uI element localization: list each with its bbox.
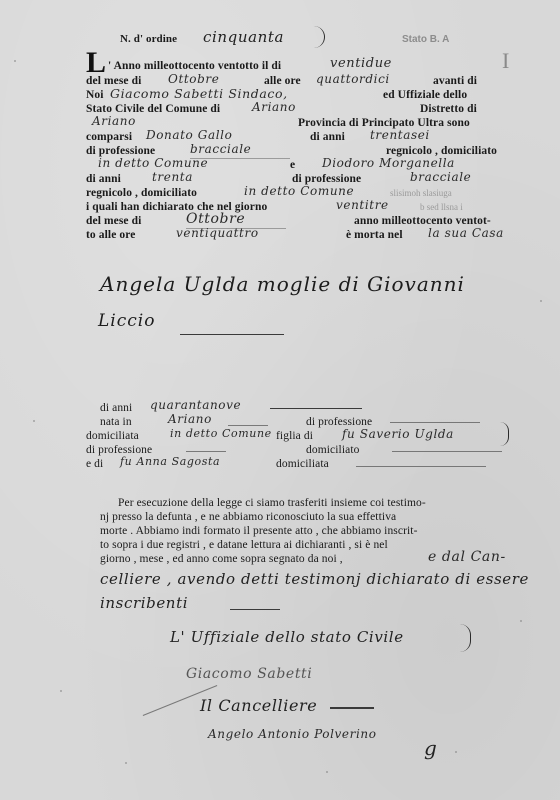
paper-speck: [455, 751, 457, 753]
commune-name: Ariano: [252, 100, 296, 114]
intro-line4-b: Distretto di: [420, 103, 477, 115]
hour-label: to alle ore: [86, 229, 135, 241]
officer-title: L' Uffiziale dello stato Civile: [170, 628, 404, 646]
father-domicile-rule: [392, 451, 502, 452]
intro-line2-c: avanti di: [433, 75, 477, 87]
closing-hand-line5: e dal Can-: [428, 549, 506, 565]
deceased-name-line2: Liccio: [98, 311, 155, 331]
witness2-name: Diodoro Morganella: [322, 156, 455, 170]
deceased-domicile: in detto Comune: [170, 427, 272, 440]
witness2-regnicolo-label: regnicolo , domiciliato: [86, 187, 197, 199]
bleed-through-mark: I: [502, 48, 509, 74]
paper-speck: [60, 690, 62, 692]
closing-line5: giorno , mese , ed anno come sopra segna…: [100, 553, 343, 565]
deceased-name-rule: [180, 334, 284, 335]
father-name: fu Saverio Uglda: [342, 427, 454, 441]
bleed-through-text: slisimoh slasiuga: [390, 188, 452, 198]
comparsi-label: comparsi: [86, 131, 132, 143]
order-number-label: N. d' ordine: [120, 33, 177, 45]
closing-line4: to sopra i due registri , e datane lettu…: [100, 539, 388, 551]
closing-line2: nj presso la defunta , e ne abbiamo rico…: [100, 511, 396, 523]
daughter-label: figlia di: [276, 430, 313, 442]
paper-speck: [520, 620, 522, 622]
witness2-profession: bracciale: [410, 170, 471, 184]
chancellor-paraph: g: [424, 736, 437, 760]
chancellor-title-rule: [330, 707, 374, 709]
order-number-value: cinquanta: [203, 28, 284, 46]
paper-speck: [125, 762, 127, 764]
witness2-age: trenta: [152, 170, 193, 184]
intro-line3-b: ed Uffiziale dello: [383, 89, 467, 101]
closing-hand-line6: celliere , avendo detti testimonj dichia…: [100, 570, 529, 588]
mother-domicile-rule: [356, 466, 486, 467]
death-hour: ventiquattro: [176, 226, 259, 240]
deceased-name-line1: Angela Uglda moglie di Giovanni: [100, 272, 465, 296]
mother-domicile-label: domiciliata: [276, 458, 329, 470]
death-place: la sua Casa: [428, 226, 504, 240]
birthplace: Ariano: [168, 412, 212, 426]
bleed-through-text-2: b sed llsna i: [420, 202, 463, 212]
document-page: Stato B. A I N. d' ordine cinquanta L ' …: [0, 0, 560, 800]
deceased-age-rule: [270, 408, 362, 409]
order-number-bracket: [310, 26, 325, 48]
died-label: è morta nel: [346, 229, 403, 241]
intro-hour: quattordici: [316, 72, 390, 86]
closing-hand-line7: inscribenti: [100, 594, 188, 612]
father-domicile-label: domiciliato: [306, 444, 359, 456]
deceased-age: quarantanove: [150, 398, 241, 412]
birthplace-label: nata in: [100, 416, 132, 428]
intro-line3-a: Noi: [86, 89, 104, 101]
intro-day: ventidue: [330, 56, 392, 71]
death-day: ventitre: [336, 198, 389, 212]
officer-signature: Giacomo Sabetti: [186, 666, 312, 682]
witness1-age: trentasei: [370, 128, 430, 142]
witness1-age-label: di anni: [310, 131, 345, 143]
closing-rule: [230, 609, 280, 610]
witness1-profession: bracciale: [190, 142, 251, 156]
officer-bracket: [460, 624, 471, 652]
paper-speck: [540, 300, 542, 302]
witness2-domicile: in detto Comune: [244, 184, 354, 198]
deceased-profession-rule: [390, 422, 480, 423]
intro-line1: ' Anno milleottocento ventotto il di: [108, 60, 281, 72]
mother-name: fu Anna Sagosta: [120, 455, 220, 468]
month-label: del mese di: [86, 215, 141, 227]
mayor-name: Giacomo Sabetti Sindaco,: [110, 86, 288, 101]
witness1-name: Donato Gallo: [146, 128, 232, 142]
mother-prefix: e di: [86, 458, 103, 470]
drop-cap: L: [86, 48, 106, 78]
paper-speck: [33, 420, 35, 422]
closing-line1: Per esecuzione della legge ci siamo tras…: [118, 497, 426, 509]
witness-connector: e: [290, 159, 295, 171]
witness2-age-label: di anni: [86, 173, 121, 185]
witness1-domicile: in detto Comune: [98, 156, 208, 170]
paper-speck: [14, 60, 16, 62]
paper-speck: [326, 771, 328, 773]
stamp-mark: Stato B. A: [402, 34, 449, 45]
chancellor-signature: Angelo Antonio Polverino: [208, 727, 377, 741]
deceased-domicile-label: domiciliata: [86, 430, 139, 442]
chancellor-title: Il Cancelliere: [200, 696, 317, 715]
death-month: Ottobre: [186, 211, 245, 227]
deceased-age-label: di anni: [100, 402, 132, 414]
closing-line3: morte . Abbiamo indi formato il presente…: [100, 525, 418, 537]
intro-month: Ottobre: [168, 72, 219, 86]
birthplace-rule: [228, 425, 268, 426]
father-bracket: [500, 422, 509, 446]
district-name: Ariano: [92, 114, 136, 128]
father-profession-rule: [186, 451, 226, 452]
